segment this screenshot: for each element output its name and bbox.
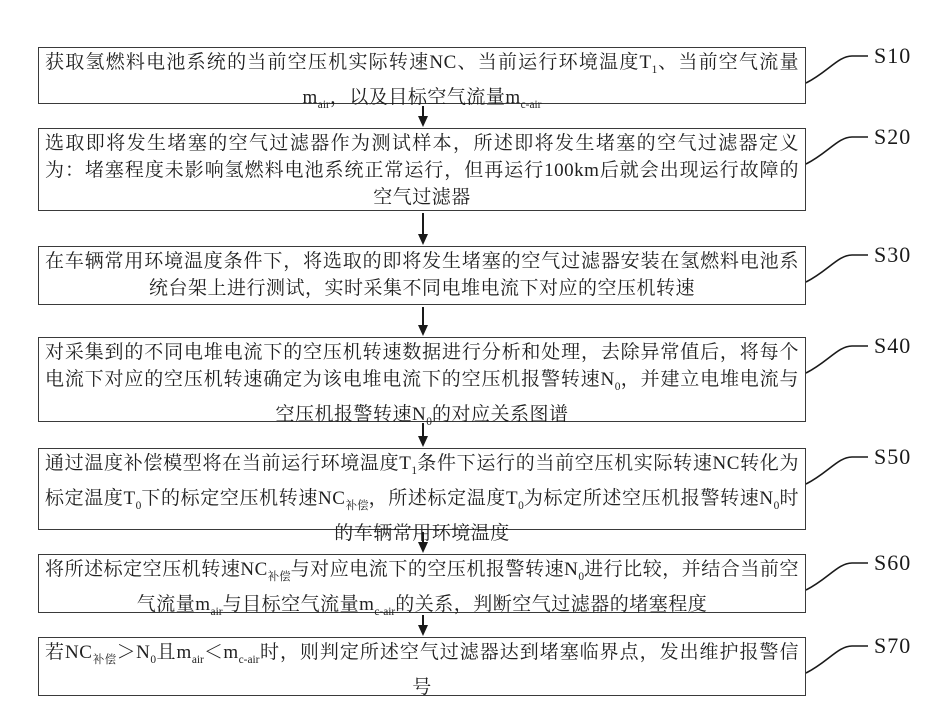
step-box-s20: 选取即将发生堵塞的空气过滤器作为测试样本，所述即将发生堵塞的空气过滤器定义为：堵… <box>38 128 806 211</box>
flowchart-figure: 获取氢燃料电池系统的当前空压机实际转速NC、当前运行环境温度T1、当前空气流量m… <box>0 0 933 713</box>
step-box-s70: 若NC补偿＞N0且mair＜mc-air时，则判定所述空气过滤器达到堵塞临界点，… <box>38 637 806 696</box>
step-label-s10: S10 <box>874 43 930 69</box>
step-box-s50: 通过温度补偿模型将在当前运行环境温度T1条件下运行的当前空压机实际转速NC转化为… <box>38 448 806 530</box>
step-label-s50: S50 <box>874 444 930 470</box>
step-box-s10: 获取氢燃料电池系统的当前空压机实际转速NC、当前运行环境温度T1、当前空气流量m… <box>38 47 806 104</box>
step-label-s30: S30 <box>874 242 930 268</box>
step-label-s40: S40 <box>874 333 930 359</box>
step-box-s30: 在车辆常用环境温度条件下，将选取的即将发生堵塞的空气过滤器安装在氢燃料电池系统台… <box>38 246 806 305</box>
step-box-s40: 对采集到的不同电堆电流下的空压机转速数据进行分析和处理，去除异常值后，将每个电流… <box>38 337 806 422</box>
step-label-s60: S60 <box>874 550 930 576</box>
step-label-leaders <box>806 56 868 673</box>
step-label-s20: S20 <box>874 124 930 150</box>
step-box-s60: 将所述标定空压机转速NC补偿与对应电流下的空压机报警转速N0进行比较，并结合当前… <box>38 554 806 613</box>
step-label-s70: S70 <box>874 633 930 659</box>
